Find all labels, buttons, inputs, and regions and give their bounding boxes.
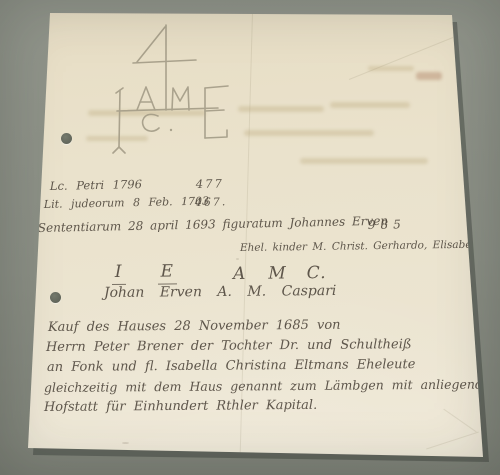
bleed-through-mark — [300, 158, 428, 164]
initial-m: M — [268, 263, 287, 283]
register-line-1: Lc. Petri 1796 — [50, 177, 142, 193]
punch-hole-bottom — [50, 292, 61, 303]
initials-line: I E A M C. — [112, 260, 327, 285]
register-line-3: Sententiarum 28 april 1693 figuratum Joh… — [38, 214, 388, 235]
monogram-letter-m — [172, 87, 189, 110]
bottom-right-crease — [426, 432, 479, 450]
register-line-3-number: 985 — [368, 217, 406, 232]
paper-speck — [122, 442, 129, 444]
monogram-letter-e — [205, 86, 228, 138]
paper-speck — [236, 258, 239, 260]
initial-i: I — [112, 262, 126, 285]
red-scribble-mark — [416, 72, 442, 80]
mark-four-diagonal — [137, 27, 165, 62]
merchant-mark-monogram — [100, 15, 250, 155]
body-line-5: Hofstatt für Einhundert Rthler Kapital. — [44, 398, 317, 415]
initial-a: A — [233, 264, 246, 284]
punch-hole-top — [61, 133, 72, 144]
register-line-2: Lit. judeorum 8 Feb. 1703 — [44, 195, 209, 211]
register-line-4-children: Ehel. kinder M. Christ. Gerhardo, Elisab… — [240, 239, 483, 254]
body-line-1: Kauf des Hauses 28 November 1685 von — [48, 318, 341, 335]
bleed-through-mark — [244, 130, 374, 136]
monogram-letter-i — [113, 88, 125, 153]
monogram-period — [170, 129, 172, 131]
monogram-letter-a — [137, 87, 155, 110]
register-line-1-number: 477 — [196, 176, 224, 191]
paper-sheet: Lc. Petri 1796 477 Lit. judeorum 8 Feb. … — [0, 0, 500, 475]
initial-e: E — [158, 261, 178, 284]
bottom-right-crease-2 — [443, 409, 476, 433]
name-line: Johan Erven A. M. Caspari — [104, 283, 337, 301]
bleed-through-mark — [238, 106, 324, 112]
body-line-3: an Fonk und fl. Isabella Christina Eltma… — [47, 357, 416, 375]
register-line-2-number: 467. — [195, 195, 228, 209]
bleed-through-mark — [330, 102, 410, 108]
body-line-2: Herrn Peter Brener der Tochter Dr. und S… — [46, 337, 412, 355]
bleed-through-mark — [368, 66, 414, 71]
monogram-letter-c — [143, 114, 159, 131]
body-line-4: gleichzeitig mit dem Haus genannt zum Lä… — [44, 376, 490, 395]
initial-c: C. — [307, 263, 327, 283]
mark-four-crossbar — [133, 60, 196, 63]
mark-baseline — [117, 108, 218, 111]
photo-of-document: Lc. Petri 1796 477 Lit. judeorum 8 Feb. … — [0, 0, 500, 475]
